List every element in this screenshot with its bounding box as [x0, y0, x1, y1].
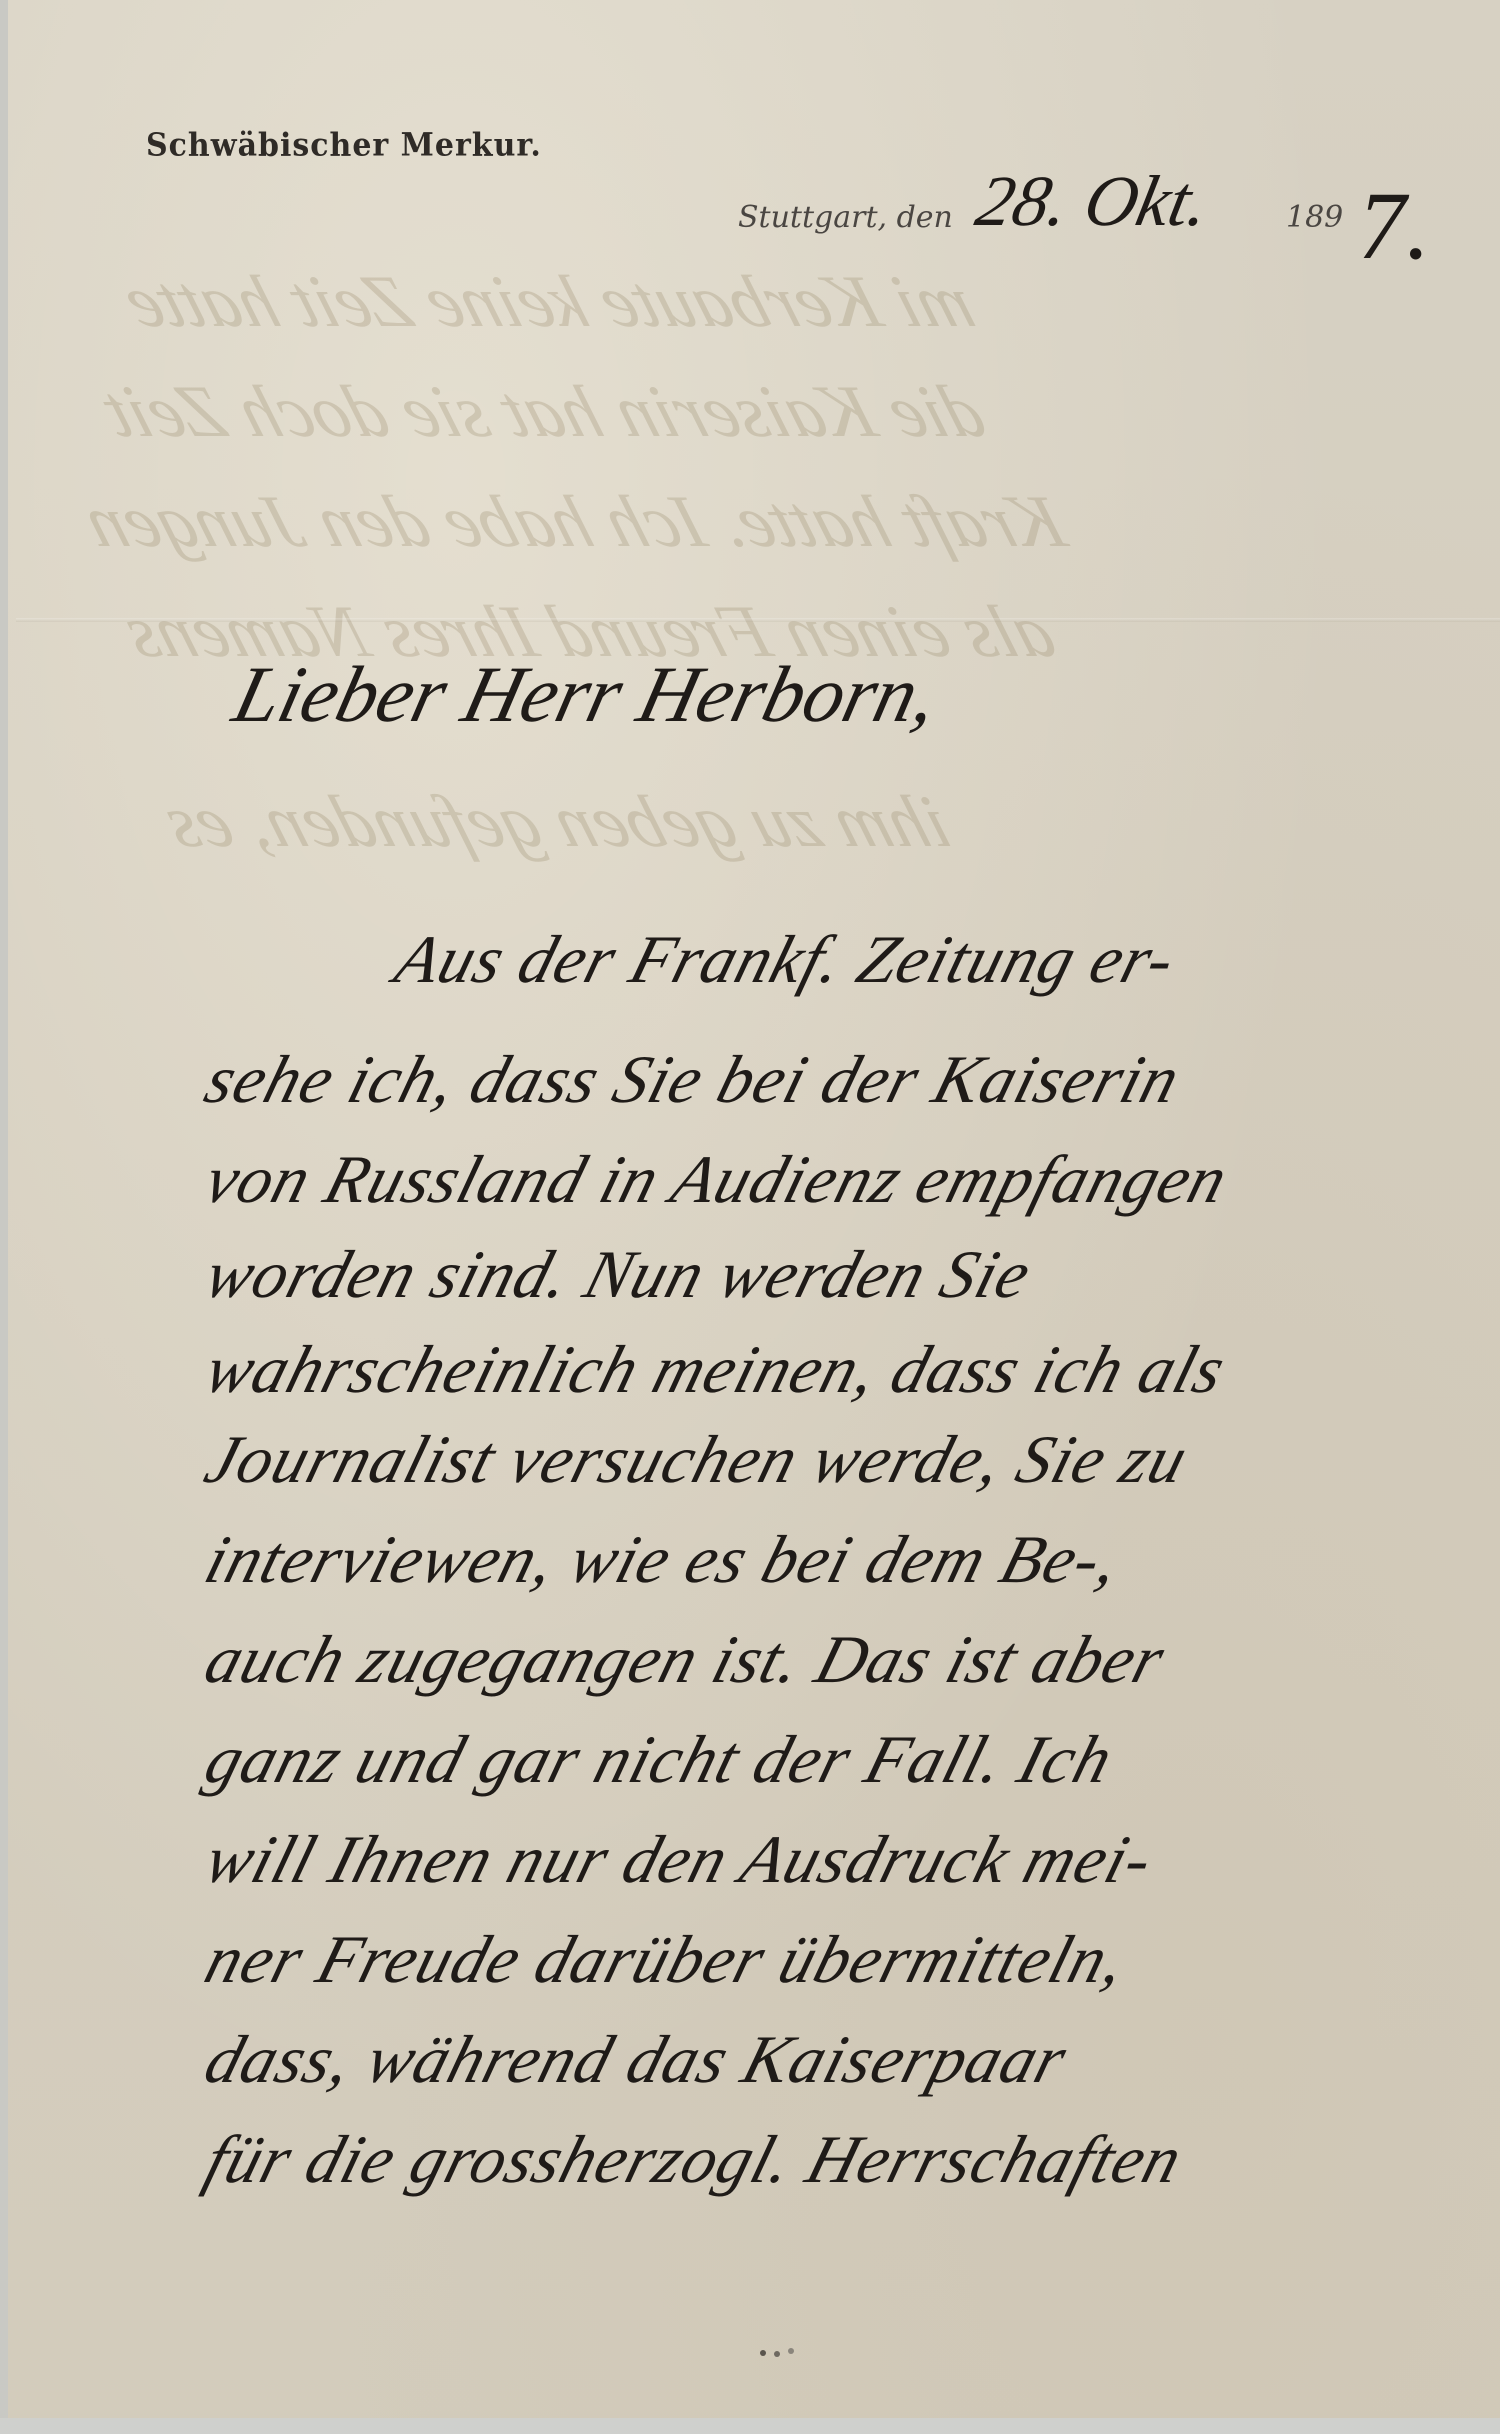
body-line: worden sind. Nun werden Sie: [197, 1235, 1041, 1314]
body-line: von Russland in Audienz empfangen: [197, 1140, 1237, 1219]
body-line: sehe ich, dass Sie bei der Kaiserin: [197, 1040, 1190, 1119]
scan-left-edge: [0, 0, 8, 2434]
body-line: für die grossherzogl. Herrschaften: [197, 2120, 1192, 2199]
body-line: will Ihnen nur den Ausdruck mei-: [197, 1820, 1163, 1899]
salutation: Lieber Herr Herborn,: [225, 650, 948, 741]
printed-place: Stuttgart, den: [738, 200, 953, 235]
letterhead: Schwäbischer Merkur.: [146, 127, 542, 164]
body-line: dass, während das Kaiserpaar: [197, 2020, 1076, 2099]
bleed-through-line: ihm zu geben gefunden, es: [154, 780, 961, 865]
printed-year-prefix: 189: [1286, 200, 1343, 235]
bleed-through-line: die Kaiserin hat sie doch Zeit: [94, 370, 995, 455]
paper-fold: [16, 618, 1500, 622]
scan-bottom-edge: [0, 2418, 1500, 2434]
letter-sheet: mi Kerbaute keine Zeit hatte die Kaiseri…: [8, 0, 1500, 2418]
body-line: Aus der Frankf. Zeitung er-: [387, 920, 1185, 999]
body-line: Journalist versuchen werde, Sie zu: [197, 1420, 1197, 1499]
body-line: auch zugegangen ist. Das ist aber: [197, 1620, 1174, 1699]
handwritten-year-suffix: 7.: [1358, 170, 1430, 281]
body-line: interviewen, wie es bei dem Be-,: [197, 1520, 1130, 1599]
handwritten-date: 28. Okt.: [969, 160, 1217, 243]
body-line: wahrscheinlich meinen, dass ich als: [197, 1330, 1235, 1409]
ink-specks: [760, 2350, 766, 2356]
dateline: Stuttgart, den 28. Okt. 189 7.: [738, 160, 1498, 320]
bleed-through-line: Kraft hatte. Ich habe den Jungen: [74, 480, 1076, 565]
body-line: ganz und gar nicht der Fall. Ich: [197, 1720, 1122, 1799]
body-line: ner Freude darüber übermitteln,: [197, 1920, 1136, 1999]
